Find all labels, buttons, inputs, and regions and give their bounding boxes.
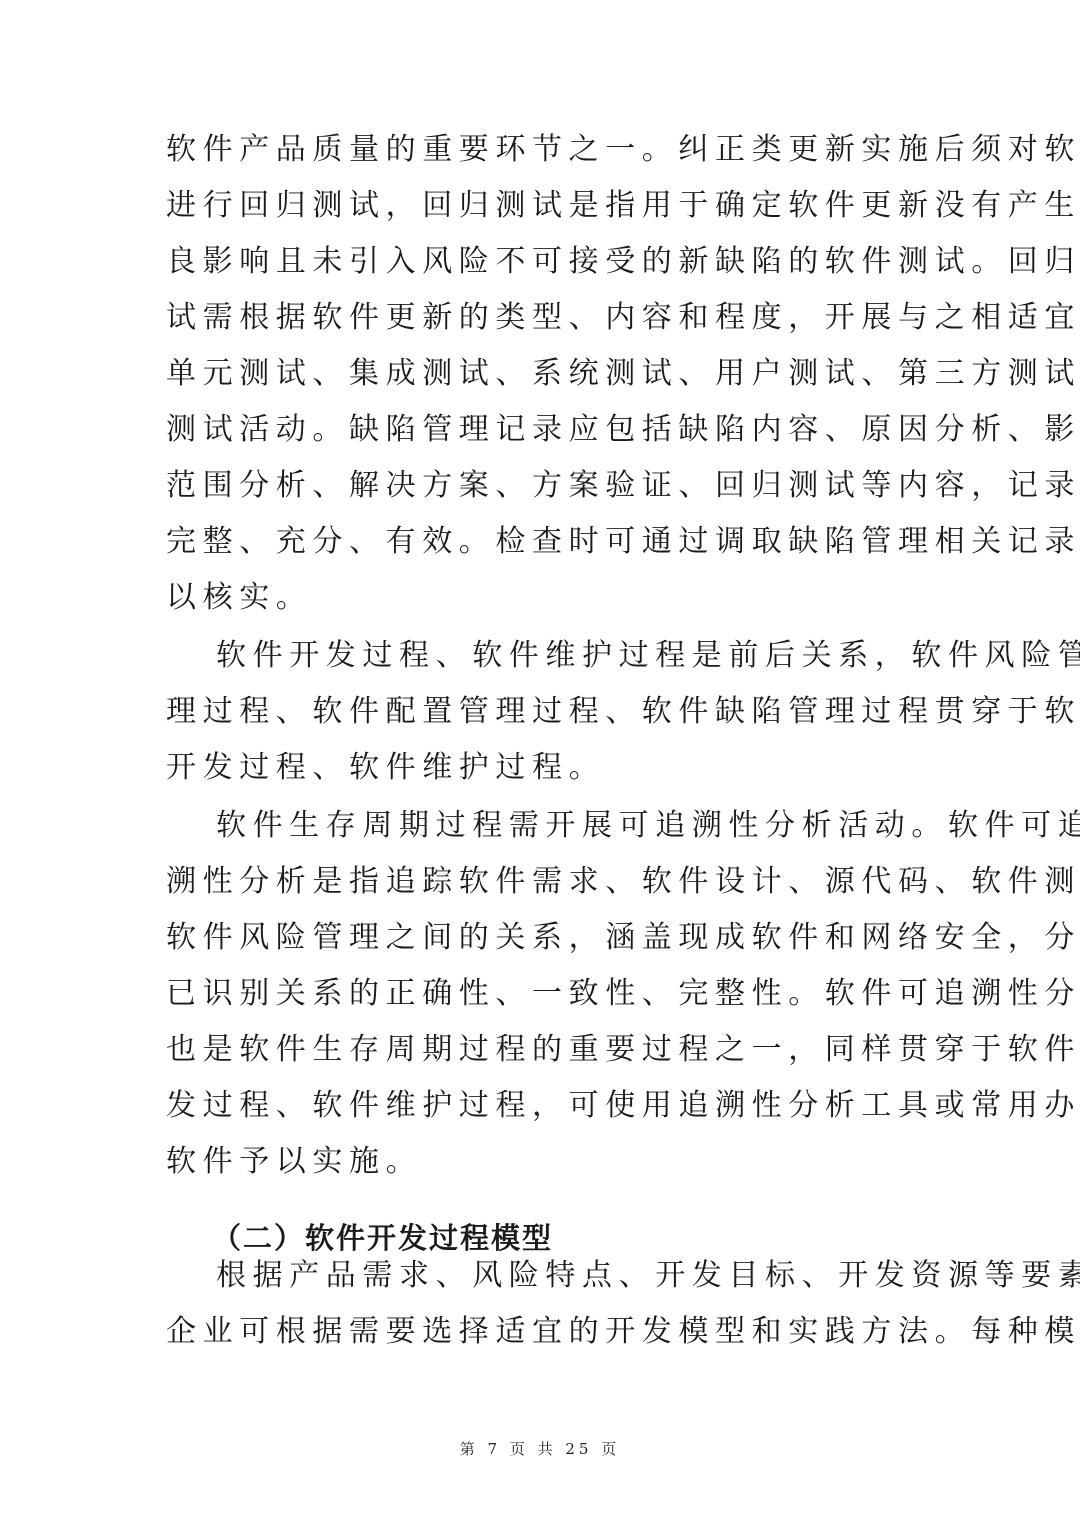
section-heading: （二）软件开发过程模型 [212, 1218, 553, 1258]
paragraph-2-line-1: 软件开发过程、软件维护过程是前后关系，软件风险管 [216, 636, 912, 676]
paragraph-3-line-7: 软件予以实施。 [166, 1142, 912, 1182]
paragraph-3-line-6: 发过程、软件维护过程，可使用追溯性分析工具或常用办公 [166, 1086, 912, 1126]
paragraph-1-line-4: 试需根据软件更新的类型、内容和程度，开展与之相适宜的 [166, 298, 912, 338]
page-number-footer: 第 7 页 共 25 页 [0, 1438, 1080, 1459]
paragraph-1-line-2: 进行回归测试，回归测试是指用于确定软件更新没有产生不 [166, 186, 912, 226]
section-paragraph-line-1: 根据产品需求、风险特点、开发目标、开发资源等要素， [216, 1256, 912, 1296]
paragraph-2-line-2: 理过程、软件配置管理过程、软件缺陷管理过程贯穿于软件 [166, 692, 912, 732]
section-paragraph-line-2: 企业可根据需要选择适宜的开发模型和实践方法。每种模型 [166, 1312, 912, 1352]
paragraph-1-line-7: 范围分析、解决方案、方案验证、回归测试等内容，记录需 [166, 466, 912, 506]
paragraph-3-line-4: 已识别关系的正确性、一致性、完整性。软件可追溯性分析 [166, 974, 912, 1014]
paragraph-1-line-8: 完整、充分、有效。检查时可通过调取缺陷管理相关记录予 [166, 522, 912, 562]
document-page: 软件产品质量的重要环节之一。纠正类更新实施后须对软件 进行回归测试，回归测试是指… [0, 0, 1080, 1527]
paragraph-3-line-3: 软件风险管理之间的关系，涵盖现成软件和网络安全，分析 [166, 918, 912, 958]
paragraph-3-line-1: 软件生存周期过程需开展可追溯性分析活动。软件可追 [216, 806, 912, 846]
paragraph-1-line-6: 测试活动。缺陷管理记录应包括缺陷内容、原因分析、影响 [166, 410, 912, 450]
paragraph-1-line-1: 软件产品质量的重要环节之一。纠正类更新实施后须对软件 [166, 130, 912, 170]
paragraph-1-line-3: 良影响且未引入风险不可接受的新缺陷的软件测试。回归测 [166, 242, 912, 282]
paragraph-1-line-5: 单元测试、集成测试、系统测试、用户测试、第三方测试等 [166, 354, 912, 394]
paragraph-3-line-2: 溯性分析是指追踪软件需求、软件设计、源代码、软件测试、 [166, 862, 912, 902]
paragraph-1-line-9: 以核实。 [166, 578, 912, 618]
paragraph-3-line-5: 也是软件生存周期过程的重要过程之一，同样贯穿于软件开 [166, 1030, 912, 1070]
paragraph-2-line-3: 开发过程、软件维护过程。 [166, 748, 912, 788]
